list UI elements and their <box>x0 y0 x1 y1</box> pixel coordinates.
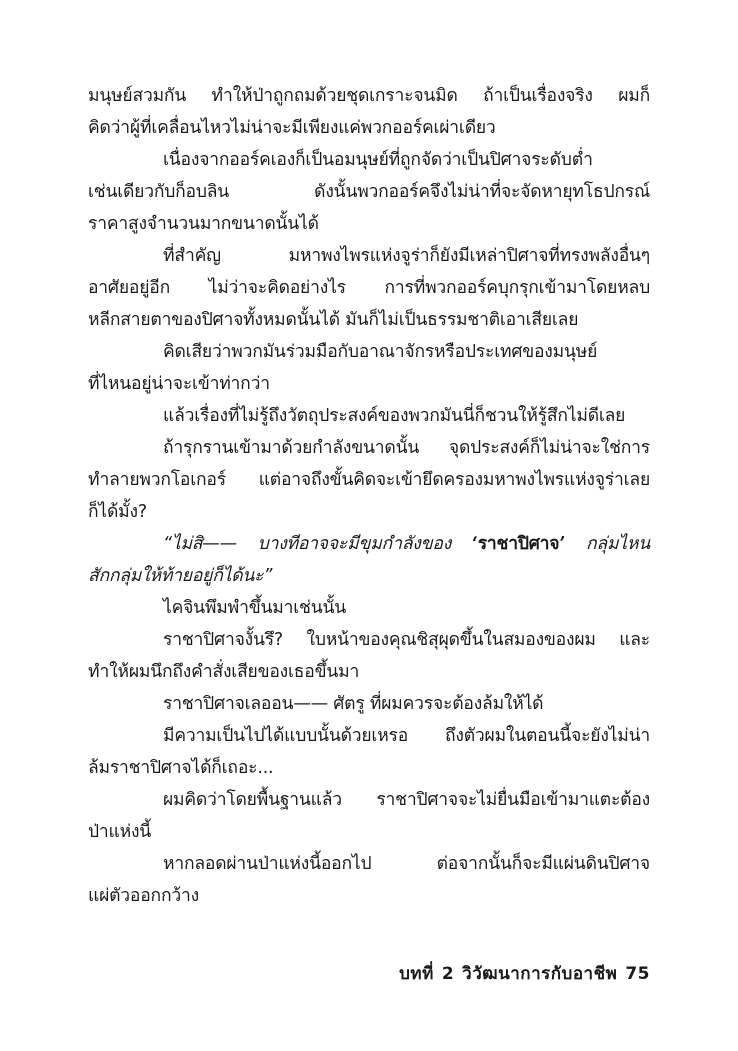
chapter-number: 2 <box>442 964 454 984</box>
chapter-label: บทที่ <box>399 964 434 984</box>
text-line: แล้วเรื่องที่ไม่รู้ถึงวัตถุประสงค์ของพวก… <box>163 400 650 432</box>
text-line: ป่าแห่งนี้ <box>88 816 650 848</box>
text-line: หลีกสายตาของปิศาจทั้งหมดนั้นได้ มันก็ไม่… <box>88 304 650 336</box>
text-line: คิดเสียว่าพวกมันร่วมมือกับอาณาจักรหรือปร… <box>163 336 650 368</box>
text-line: ที่สำคัญ มหาพงไพรแห่งจูร่าก็ยังมีเหล่าปิ… <box>163 240 650 272</box>
quote-text: กลุ่มไหน <box>565 534 650 554</box>
text-line: ถ้ารุกรานเข้ามาด้วยกำลังขนาดนั้น จุดประส… <box>163 432 650 464</box>
page-footer: บทที่2วิวัฒนาการกับอาชีพ75 <box>399 960 650 987</box>
book-page: มนุษย์สวมกัน ทำให้ป่าถูกถมด้วยชุดเกราะจน… <box>0 0 738 1051</box>
chapter-title: วิวัฒนาการกับอาชีพ <box>462 964 617 984</box>
text-line: เนื่องจากออร์คเองก็เป็นอมนุษย์ที่ถูกจัดว… <box>163 144 650 176</box>
quote-text: “ไม่สิ—— บางทีอาจจะมีขุมกำลังของ <box>163 534 472 554</box>
text-line: เช่นเดียวกับก็อบลิน ดังนั้นพวกออร์คจึงไม… <box>88 176 650 208</box>
text-line: ทำให้ผมนึกถึงคำสั่งเสียของเธอขึ้นมา <box>88 656 650 688</box>
page-number: 75 <box>625 964 650 984</box>
text-line: หากลอดผ่านป่าแห่งนี้ออกไป ต่อจากนั้นก็จะ… <box>163 848 650 880</box>
text-line: มนุษย์สวมกัน ทำให้ป่าถูกถมด้วยชุดเกราะจน… <box>88 80 650 112</box>
text-line: ทำลายพวกโอเกอร์ แต่อาจถึงขั้นคิดจะเข้ายึ… <box>88 464 650 496</box>
text-line: ผมคิดว่าโดยพื้นฐานแล้ว ราชาปิศาจจะไม่ยื่… <box>163 784 650 816</box>
quote-emphasis: ‘ราชาปิศาจ’ <box>472 534 565 554</box>
body-text: มนุษย์สวมกัน ทำให้ป่าถูกถมด้วยชุดเกราะจน… <box>88 80 650 912</box>
text-line: มีความเป็นไปได้แบบนั้นด้วยเหรอ ถึงตัวผมใ… <box>163 720 650 752</box>
quote-line: “ไม่สิ—— บางทีอาจจะมีขุมกำลังของ ‘ราชาปิ… <box>163 528 650 560</box>
text-line: ไคจินพึมพำขึ้นมาเช่นนั้น <box>163 592 650 624</box>
text-line: ราคาสูงจำนวนมากขนาดนั้นได้ <box>88 208 650 240</box>
text-line: แผ่ตัวออกกว้าง <box>88 880 650 912</box>
text-line: ราชาปิศาจงั้นรึ? ใบหน้าของคุณชิสุผุดขึ้น… <box>163 624 650 656</box>
text-line: คิดว่าผู้ที่เคลื่อนไหวไม่น่าจะมีเพียงแค่… <box>88 112 650 144</box>
quote-line: สักกลุ่มให้ท้ายอยู่ก็ได้นะ” <box>88 560 650 592</box>
text-line: อาศัยอยู่อีก ไม่ว่าจะคิดอย่างไร การที่พว… <box>88 272 650 304</box>
text-line: ก็ได้มั้ง? <box>88 496 650 528</box>
text-line: ล้มราชาปิศาจได้ก็เถอะ... <box>88 752 650 784</box>
text-line: ราชาปิศาจเลออน—— ศัตรู ที่ผมควรจะต้องล้ม… <box>163 688 650 720</box>
text-line: ที่ไหนอยู่น่าจะเข้าท่ากว่า <box>88 368 650 400</box>
